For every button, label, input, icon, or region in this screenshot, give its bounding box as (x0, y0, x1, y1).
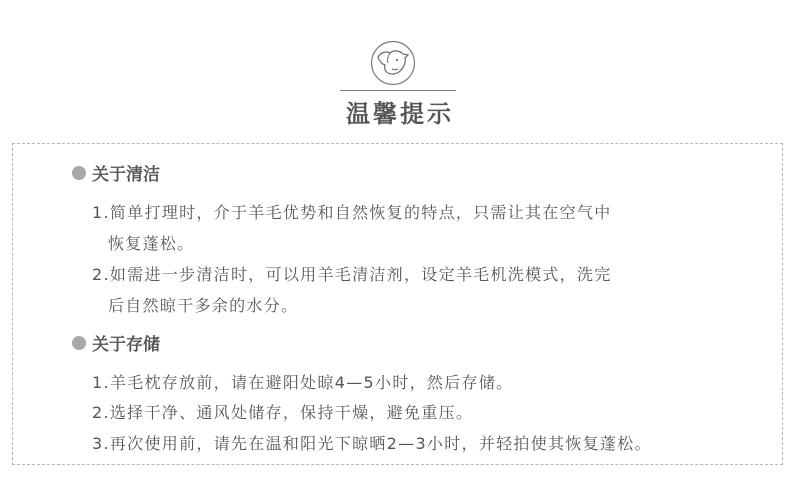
title-divider (340, 90, 456, 91)
list-item-continuation: 后自然晾干多余的水分。 (108, 293, 298, 316)
section-heading-label: 关于存储 (92, 330, 160, 355)
list-item: 1.羊毛枕存放前，请在避阳处晾4—5小时，然后存储。 (92, 370, 513, 393)
list-item: 2.选择干净、通风处储存，保持干燥，避免重压。 (92, 400, 473, 423)
section-heading-label: 关于清洁 (92, 160, 160, 185)
list-item: 1.简单打理时，介于羊毛优势和自然恢复的特点，只需让其在空气中 (92, 200, 612, 223)
list-item-continuation: 恢复蓬松。 (108, 231, 195, 254)
bullet-icon (72, 166, 86, 180)
sheep-icon (370, 40, 416, 86)
page-title: 温馨提示 (0, 94, 800, 129)
list-item: 3.再次使用前，请先在温和阳光下晾晒2—3小时，并轻拍使其恢复蓬松。 (92, 431, 652, 454)
list-item: 2.如需进一步清洁时，可以用羊毛清洁剂，设定羊毛机洗模式，洗完 (92, 262, 612, 285)
bullet-icon (72, 336, 86, 350)
section-heading-storage: 关于存储 (72, 330, 160, 355)
section-heading-cleaning: 关于清洁 (72, 160, 160, 185)
